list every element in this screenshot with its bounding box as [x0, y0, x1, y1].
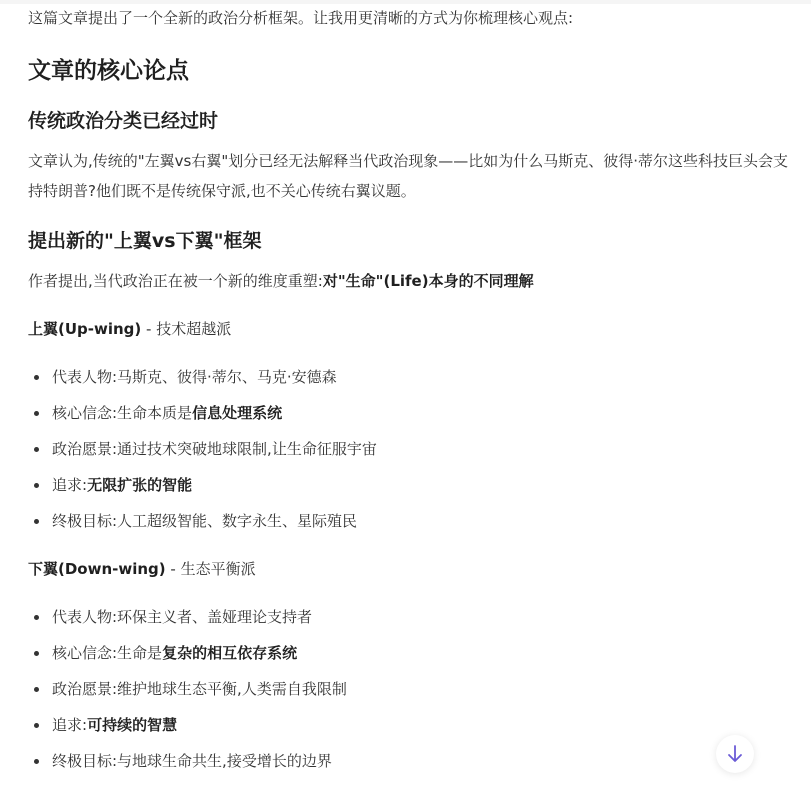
section2-bold: 对"生命"(Life)本身的不同理解	[323, 272, 534, 290]
list-item: 代表人物:环保主义者、盖娅理论支持者	[28, 602, 347, 638]
item-text: 追求:	[52, 716, 87, 734]
section1-paragraph: 文章认为,传统的"左翼vs右翼"划分已经无法解释当代政治现象——比如为什么马斯克…	[28, 146, 798, 206]
item-text: 终极目标:与地球生命共生,接受增长的边界	[52, 752, 332, 770]
item-text: 追求:	[52, 476, 87, 494]
list-item: 追求:无限扩张的智能	[28, 470, 377, 506]
down-wing-list: 代表人物:环保主义者、盖娅理论支持者 核心信念:生命是复杂的相互依存系统 政治愿…	[28, 602, 347, 782]
item-bold: 信息处理系统	[192, 404, 282, 422]
item-text: 核心信念:生命本质是	[52, 404, 192, 422]
item-bold: 无限扩张的智能	[87, 476, 192, 494]
intro-paragraph: 这篇文章提出了一个全新的政治分析框架。让我用更清晰的方式为你梳理核心观点:	[28, 3, 573, 33]
section2-heading: 提出新的"上翼vs下翼"框架	[28, 226, 262, 253]
item-bold: 可持续的智慧	[87, 716, 177, 734]
up-wing-title-bold: 上翼(Up-wing)	[28, 320, 141, 338]
up-wing-title: 上翼(Up-wing) - 技术超越派	[28, 314, 231, 344]
list-item: 代表人物:马斯克、彼得·蒂尔、马克·安德森	[28, 362, 377, 398]
up-wing-list: 代表人物:马斯克、彼得·蒂尔、马克·安德森 核心信念:生命本质是信息处理系统 政…	[28, 362, 377, 542]
section1-heading: 传统政治分类已经过时	[28, 106, 218, 133]
bullet-icon	[34, 687, 39, 692]
bullet-icon	[34, 411, 39, 416]
item-bold: 复杂的相互依存系统	[162, 644, 297, 662]
list-item: 终极目标:与地球生命共生,接受增长的边界	[28, 746, 347, 782]
scroll-to-bottom-button[interactable]	[716, 735, 754, 773]
down-wing-title-bold: 下翼(Down-wing)	[28, 560, 166, 578]
down-wing-title: 下翼(Down-wing) - 生态平衡派	[28, 554, 256, 584]
bullet-icon	[34, 375, 39, 380]
list-item: 核心信念:生命是复杂的相互依存系统	[28, 638, 347, 674]
list-item: 核心信念:生命本质是信息处理系统	[28, 398, 377, 434]
up-wing-title-rest: - 技术超越派	[141, 320, 231, 338]
section2-paragraph: 作者提出,当代政治正在被一个新的维度重塑:对"生命"(Life)本身的不同理解	[28, 266, 534, 296]
item-text: 代表人物:马斯克、彼得·蒂尔、马克·安德森	[52, 368, 337, 386]
arrow-down-icon	[727, 745, 743, 763]
down-wing-title-rest: - 生态平衡派	[166, 560, 256, 578]
bullet-icon	[34, 615, 39, 620]
list-item: 追求:可持续的智慧	[28, 710, 347, 746]
bullet-icon	[34, 723, 39, 728]
section2-plain: 作者提出,当代政治正在被一个新的维度重塑:	[28, 272, 323, 290]
item-text: 终极目标:人工超级智能、数字永生、星际殖民	[52, 512, 357, 530]
list-item: 政治愿景:通过技术突破地球限制,让生命征服宇宙	[28, 434, 377, 470]
bullet-icon	[34, 483, 39, 488]
bullet-icon	[34, 759, 39, 764]
item-text: 政治愿景:维护地球生态平衡,人类需自我限制	[52, 680, 347, 698]
item-text: 核心信念:生命是	[52, 644, 162, 662]
main-heading: 文章的核心论点	[28, 52, 189, 85]
list-item: 终极目标:人工超级智能、数字永生、星际殖民	[28, 506, 377, 542]
bullet-icon	[34, 651, 39, 656]
list-item: 政治愿景:维护地球生态平衡,人类需自我限制	[28, 674, 347, 710]
bullet-icon	[34, 519, 39, 524]
item-text: 政治愿景:通过技术突破地球限制,让生命征服宇宙	[52, 440, 377, 458]
bullet-icon	[34, 447, 39, 452]
item-text: 代表人物:环保主义者、盖娅理论支持者	[52, 608, 312, 626]
